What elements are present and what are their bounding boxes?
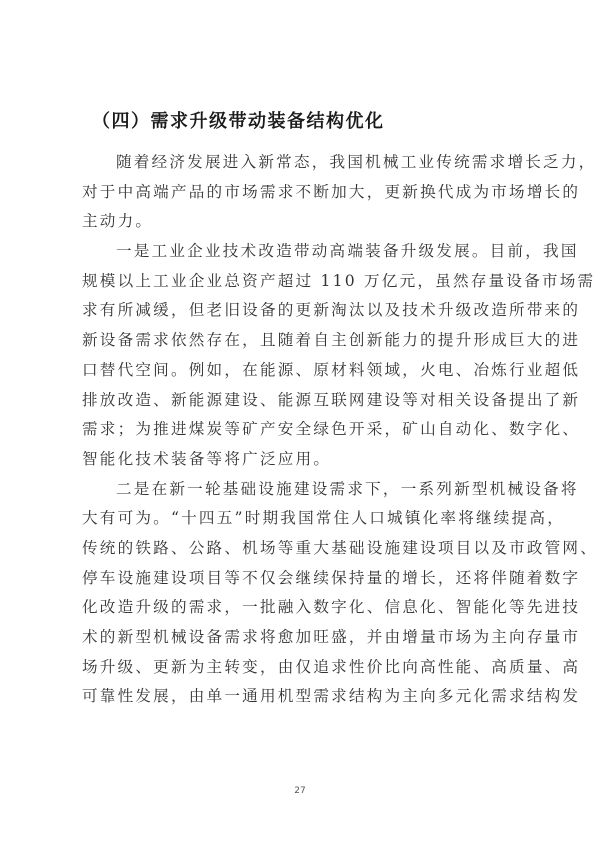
paragraph-line: 二是在新一轮基础设施建设需求下，一系列新型机械设备将 [82,475,524,505]
paragraph-line: 停车设施建设项目等不仅会继续保持量的增长，还将伴随着数字 [82,564,524,594]
body-text: 随着经济发展进入新常态，我国机械工业传统需求增长乏力， 对于中高端产品的市场需求… [82,148,524,712]
paragraph-line: 新设备需求依然存在，且随着自主创新能力的提升形成巨大的进 [82,326,524,356]
paragraph-line: 口替代空间。例如，在能源、原材料领域，火电、冶炼行业超低 [82,356,524,386]
paragraph-line: 排放改造、新能源建设、能源互联网建设等对相关设备提出了新 [82,386,524,416]
paragraph-line: 规模以上工业企业总资产超过 110 万亿元，虽然存量设备市场需 [82,267,524,297]
paragraph-line: 对于中高端产品的市场需求不断加大，更新换代成为市场增长的 [82,178,524,208]
paragraph-line: 随着经济发展进入新常态，我国机械工业传统需求增长乏力， [82,148,524,178]
paragraph-line: 化改造升级的需求，一批融入数字化、信息化、智能化等先进技 [82,593,524,623]
paragraph-line: 大有可为。“十四五”时期我国常住人口城镇化率将继续提高， [82,504,524,534]
paragraph-line: 可靠性发展，由单一通用机型需求结构为主向多元化需求结构发 [82,682,524,712]
paragraph-line: 主动力。 [82,207,524,237]
paragraph-line: 智能化技术装备等将广泛应用。 [82,445,524,475]
paragraph-line: 需求；为推进煤炭等矿产安全绿色开采，矿山自动化、数字化、 [82,415,524,445]
paragraph-line: 术的新型机械设备需求将愈加旺盛，并由增量市场为主向存量市 [82,623,524,653]
section-heading: （四）需求升级带动装备结构优化 [92,108,512,136]
page-number: 27 [0,786,600,796]
paragraph-line: 场升级、更新为主转变，由仅追求性价比向高性能、高质量、高 [82,653,524,683]
paragraph-line: 传统的铁路、公路、机场等重大基础设施建设项目以及市政管网、 [82,534,524,564]
paragraph-line: 一是工业企业技术改造带动高端装备升级发展。目前，我国 [82,237,524,267]
paragraph-line: 求有所减缓，但老旧设备的更新淘汰以及技术升级改造所带来的 [82,296,524,326]
